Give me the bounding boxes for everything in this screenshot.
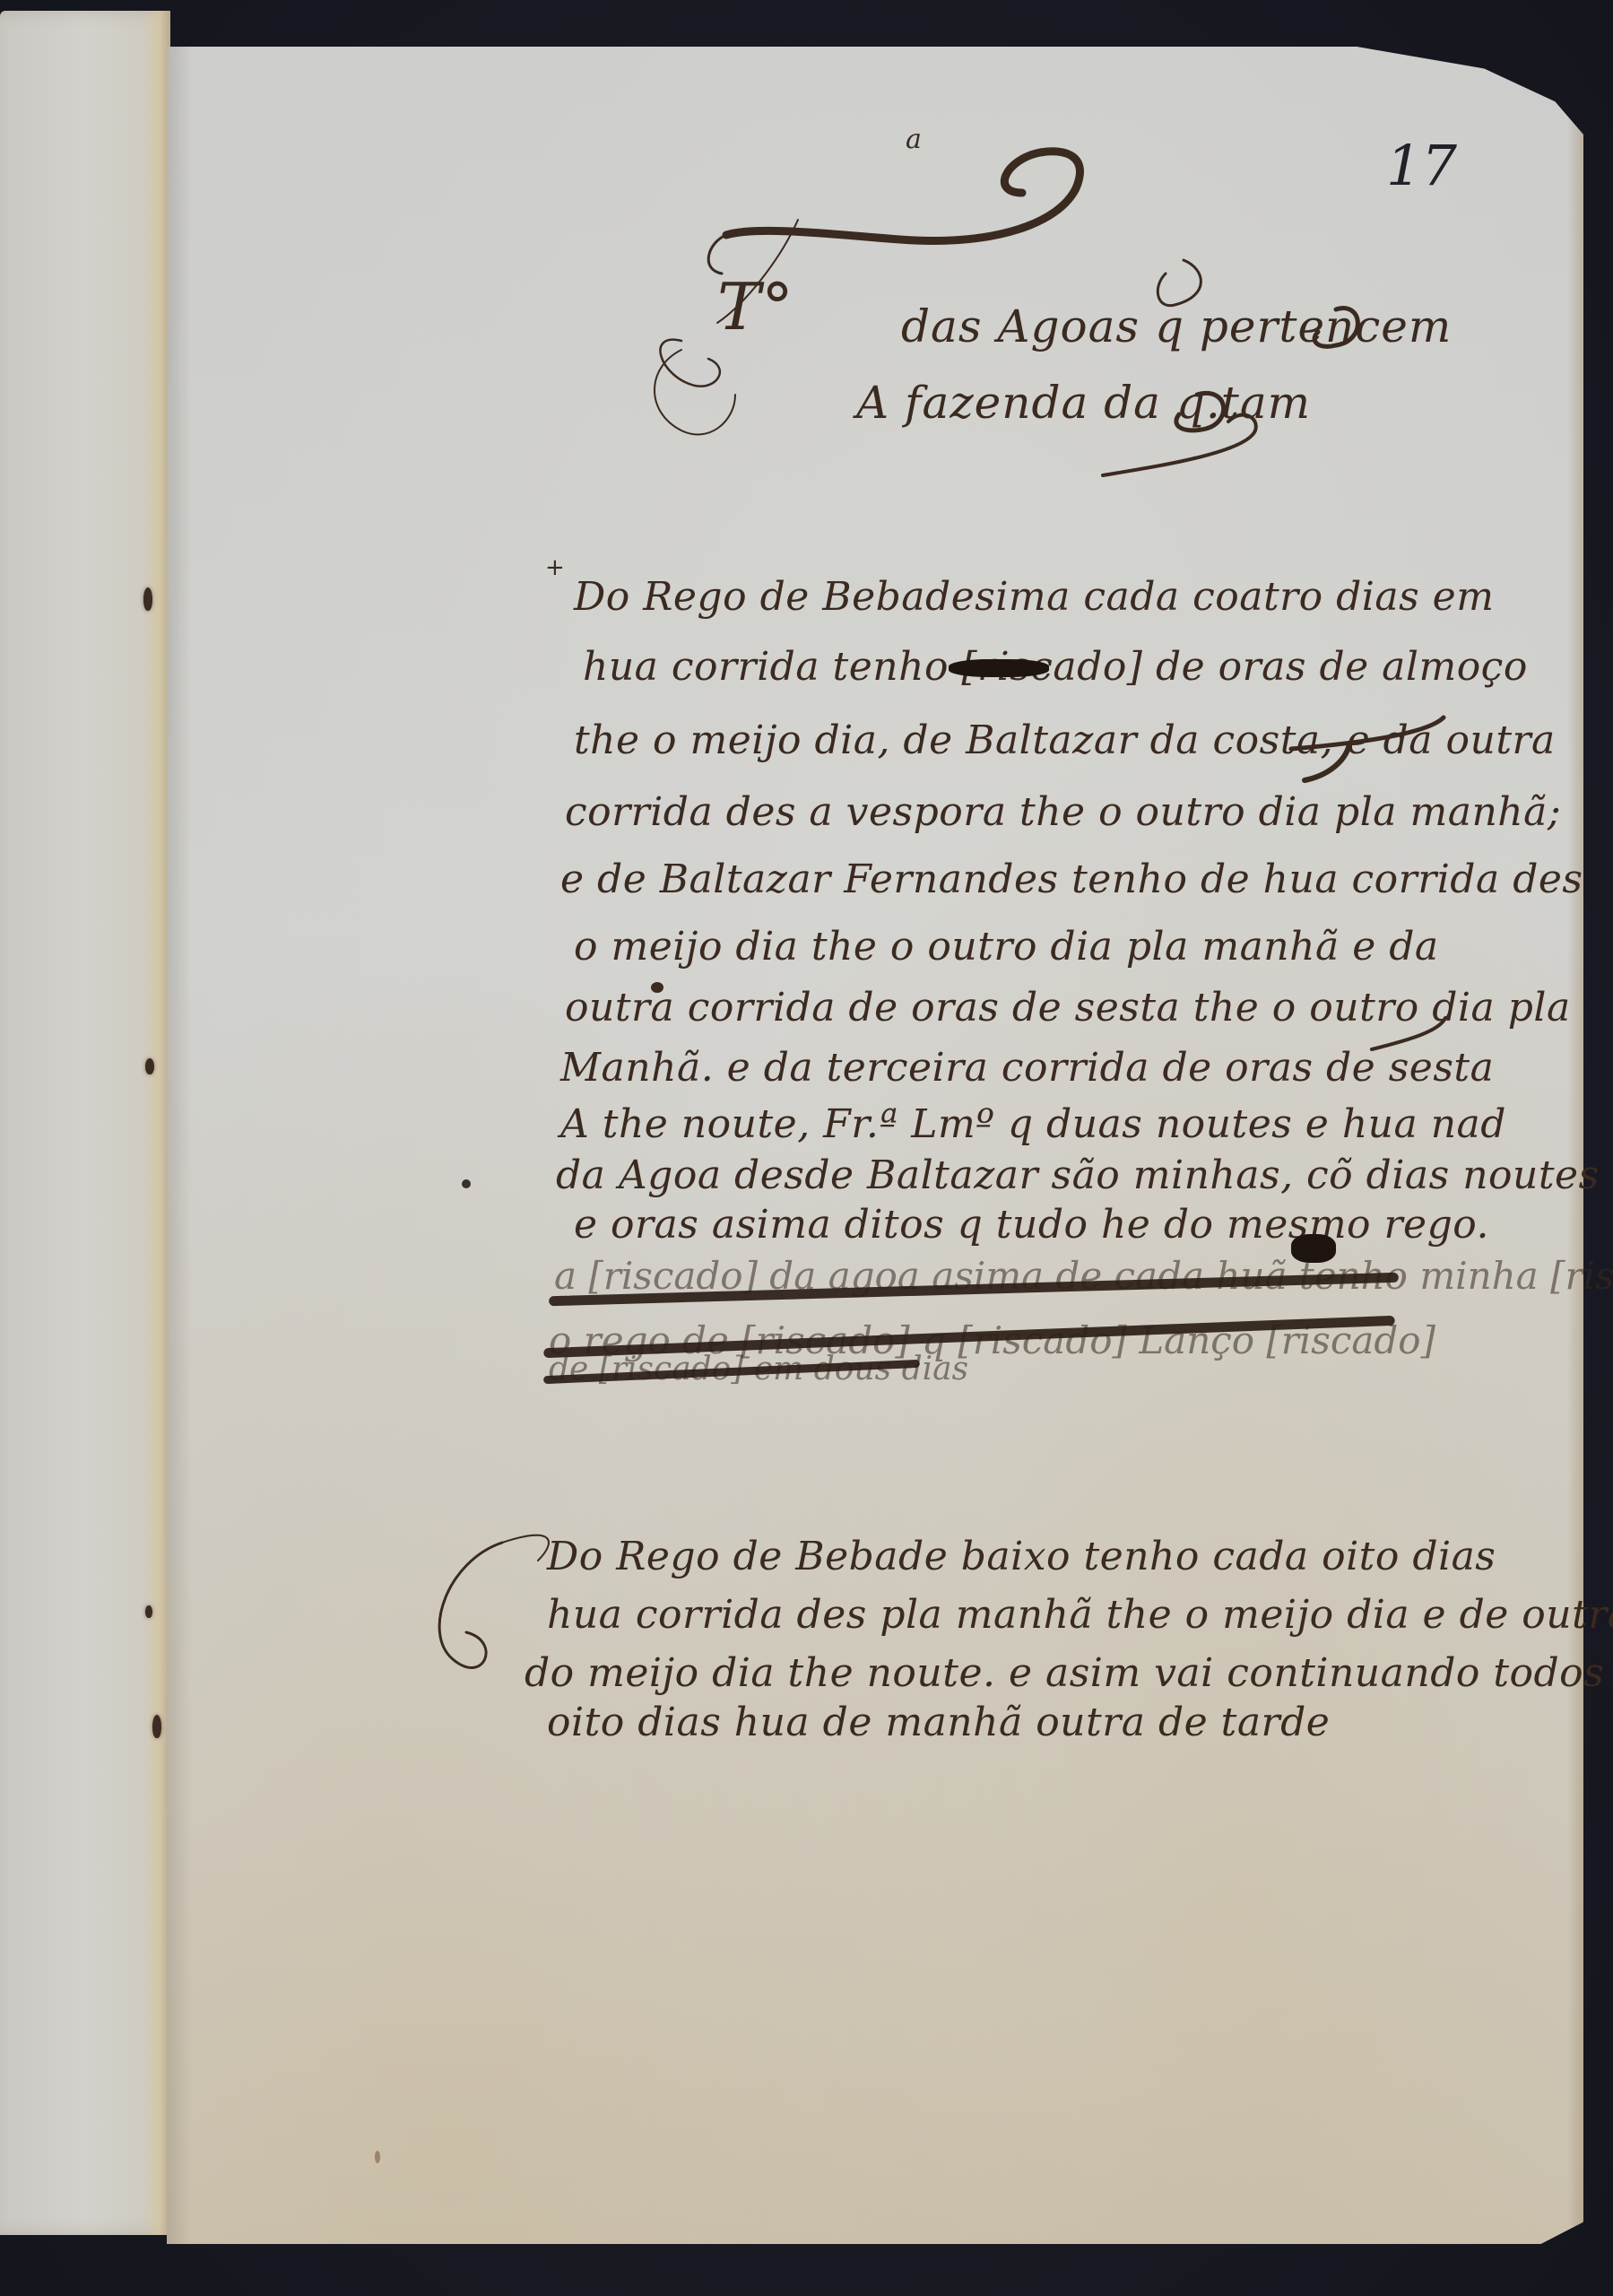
foxing-spot <box>462 1179 471 1188</box>
stitch-hole <box>145 1605 152 1618</box>
folio-number: 17 <box>1386 133 1457 198</box>
heading-line-1: das Agoas q pertencem <box>901 300 1452 352</box>
paragraph-1-line: A the noute, Fr.ª Lmº q duas noutes e hu… <box>560 1101 1506 1147</box>
paragraph-1-line: the o meijo dia, de Baltazar da costa, e… <box>574 717 1556 763</box>
stitch-hole <box>152 1715 161 1738</box>
paragraph-1-line: corrida des a vespora the o outro dia pl… <box>565 789 1561 835</box>
paragraph-1-line: hua corrida tenho [riscado] de oras de a… <box>583 644 1528 690</box>
paragraph-2-line: oito dias hua de manhã outra de tarde <box>547 1700 1330 1745</box>
paragraph-2-line: do meijo dia the noute. e asim vai conti… <box>525 1650 1613 1696</box>
paragraph-1-line: o meijo dia the o outro dia pla manhã e … <box>574 924 1439 970</box>
top-mark: a <box>906 124 922 155</box>
paragraph-1-line: e oras asima ditos q tudo he do mesmo re… <box>574 1202 1489 1248</box>
paragraph-1-line: e de Baltazar Fernandes tenho de hua cor… <box>560 857 1583 902</box>
paragraph-1-line: Manhã. e da terceira corrida de oras de … <box>560 1045 1494 1091</box>
foxing-spot <box>375 2151 380 2163</box>
paragraph-marker: + <box>545 554 565 581</box>
stitch-hole <box>145 1058 154 1074</box>
paragraph-2-line: Do Rego de Bebade baixo tenho cada oito … <box>547 1534 1496 1579</box>
ink-blot <box>949 659 1049 677</box>
heading-line-2: A fazenda da q.tam <box>856 377 1311 429</box>
paragraph-1-line: outra corrida de oras de sesta the o out… <box>565 985 1571 1031</box>
paragraph-1-line: da Agoa desde Baltazar são minhas, cõ di… <box>556 1152 1600 1198</box>
ink-blot <box>1291 1234 1336 1263</box>
left-page-edge <box>0 11 170 2235</box>
paragraph-2-line: hua corrida des pla manhã the o meijo di… <box>547 1592 1613 1638</box>
heading-initial: T° <box>717 269 794 344</box>
paragraph-1-line: Do Rego de Bebadesima cada coatro dias e… <box>574 574 1494 620</box>
stitch-hole <box>143 587 152 611</box>
